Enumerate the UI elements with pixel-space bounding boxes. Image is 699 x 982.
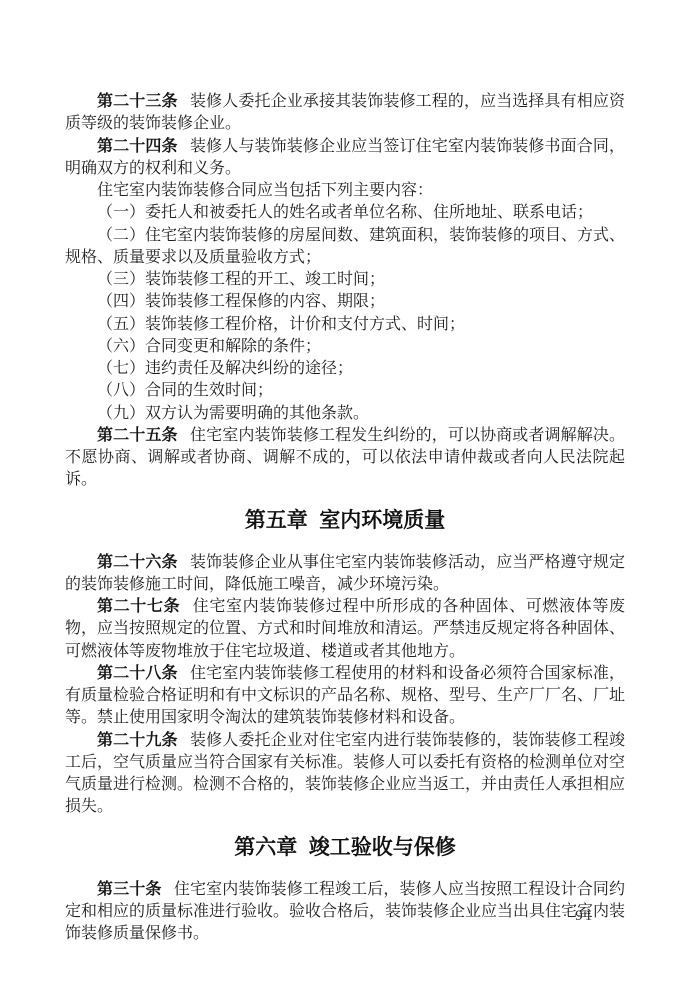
article-28: 第二十八条住宅室内装饰装修工程使用的材料和设备必须符合国家标准，有质量检验合格证… [65, 663, 625, 730]
chapter-5-number: 第五章 [245, 509, 308, 532]
document-body: 第二十三条装修人委托企业承接其装饰装修工程的，应当选择具有相应资质等级的装饰装修… [65, 91, 625, 945]
chapter-5-title: 室内环境质量 [319, 509, 445, 532]
chapter-5-heading: 第五章室内环境质量 [65, 506, 625, 536]
contract-item-4: （四）装饰装修工程保修的内容、期限； [65, 291, 625, 313]
document-page: 第二十三条装修人委托企业承接其装饰装修工程的，应当选择具有相应资质等级的装饰装修… [0, 0, 699, 982]
article-27-number: 第二十七条 [97, 598, 180, 615]
article-24-number: 第二十四条 [97, 138, 178, 155]
article-25: 第二十五条住宅室内装饰装修工程发生纠纷的，可以协商或者调解解决。不愿协商、调解或… [65, 425, 625, 492]
contract-item-7-text: （七）违约责任及解决纠纷的途径； [97, 360, 353, 377]
article-26-number: 第二十六条 [97, 554, 178, 571]
contract-item-6: （六）合同变更和解除的条件； [65, 336, 625, 358]
contract-intro-paragraph: 住宅室内装饰装修合同应当包括下列主要内容： [65, 180, 625, 202]
contract-item-1-text: （一）委托人和被委托人的姓名或者单位名称、住所地址、联系电话； [97, 204, 593, 221]
article-23: 第二十三条装修人委托企业承接其装饰装修工程的，应当选择具有相应资质等级的装饰装修… [65, 91, 625, 136]
article-28-number: 第二十八条 [97, 665, 178, 682]
article-30: 第三十条住宅室内装饰装修工程竣工后，装修人应当按照工程设计合同约定和相应的质量标… [65, 879, 625, 946]
article-29: 第二十九条装修人委托企业对住宅室内进行装饰装修的，装饰装修工程竣工后，空气质量应… [65, 730, 625, 819]
contract-item-8: （八）合同的生效时间； [65, 380, 625, 402]
contract-item-5: （五）装饰装修工程价格，计价和支付方式、时间； [65, 314, 625, 336]
contract-item-5-text: （五）装饰装修工程价格，计价和支付方式、时间； [97, 316, 465, 333]
contract-item-1: （一）委托人和被委托人的姓名或者单位名称、住所地址、联系电话； [65, 202, 625, 224]
article-30-number: 第三十条 [97, 881, 161, 898]
contract-item-9: （九）双方认为需要明确的其他条款。 [65, 403, 625, 425]
contract-item-3-text: （三）装饰装修工程的开工、竣工时间； [97, 271, 385, 288]
chapter-6-number: 第六章 [234, 836, 297, 859]
contract-item-3: （三）装饰装修工程的开工、竣工时间； [65, 269, 625, 291]
contract-item-4-text: （四）装饰装修工程保修的内容、期限； [97, 293, 385, 310]
chapter-6-title: 竣工验收与保修 [309, 836, 456, 859]
contract-item-7: （七）违约责任及解决纠纷的途径； [65, 358, 625, 380]
contract-item-9-text: （九）双方认为需要明确的其他条款。 [97, 405, 369, 422]
article-23-number: 第二十三条 [97, 93, 178, 110]
article-26: 第二十六条装饰装修企业从事住宅室内装饰装修活动，应当严格遵守规定的装饰装修施工时… [65, 552, 625, 597]
page-number: · 91 · [563, 908, 608, 925]
contract-intro-text: 住宅室内装饰装修合同应当包括下列主要内容： [97, 182, 433, 199]
contract-item-2: （二）住宅室内装饰装修的房屋间数、建筑面积，装饰装修的项目、方式、规格、质量要求… [65, 225, 625, 270]
contract-item-2-text: （二）住宅室内装饰装修的房屋间数、建筑面积，装饰装修的项目、方式、规格、质量要求… [65, 227, 625, 266]
article-27: 第二十七条住宅室内装饰装修过程中所形成的各种固体、可燃液体等废物，应当按照规定的… [65, 596, 625, 663]
article-25-number: 第二十五条 [97, 427, 178, 444]
article-29-number: 第二十九条 [97, 732, 178, 749]
contract-item-8-text: （八）合同的生效时间； [97, 382, 273, 399]
article-24: 第二十四条装修人与装饰装修企业应当签订住宅室内装饰装修书面合同，明确双方的权利和… [65, 136, 625, 181]
contract-item-6-text: （六）合同变更和解除的条件； [97, 338, 321, 355]
chapter-6-heading: 第六章竣工验收与保修 [65, 833, 625, 863]
